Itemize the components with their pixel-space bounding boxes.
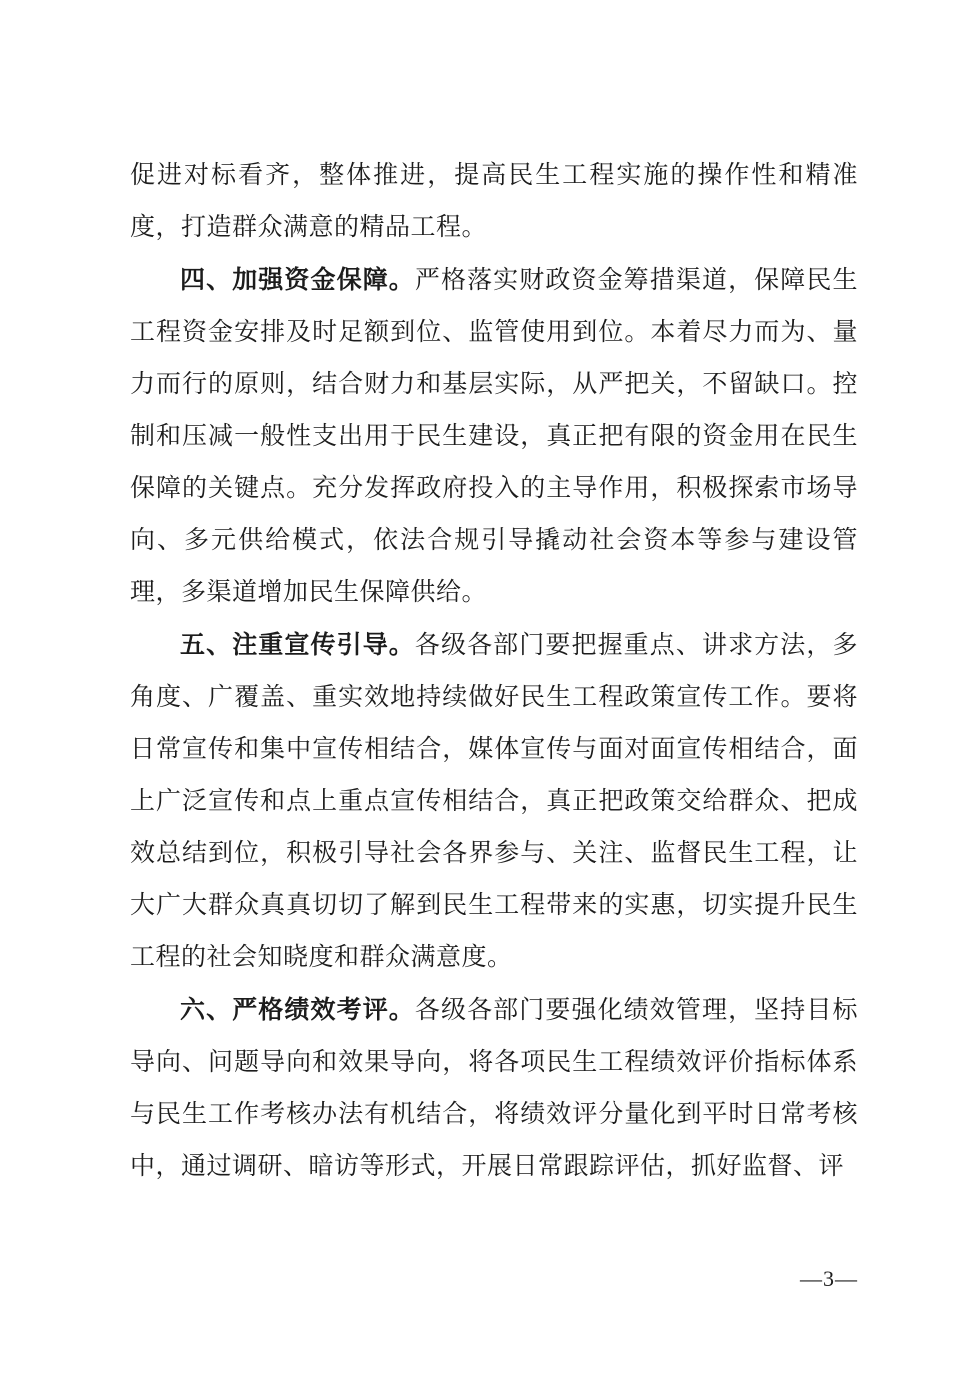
paragraph-section-performance: 六、严格绩效考评。各级各部门要强化绩效管理，坚持目标导向、问题导向和效果导向，将… — [130, 984, 858, 1193]
section-heading-5: 五、注重宣传引导。 — [180, 631, 415, 659]
section-text-5: 各级各部门要把握重点、讲求方法，多角度、广覆盖、重实效地持续做好民生工程政策宣传… — [130, 632, 858, 971]
section-heading-4: 四、加强资金保障。 — [180, 266, 415, 294]
document-body: 促进对标看齐，整体推进，提高民生工程实施的操作性和精准度，打造群众满意的精品工程… — [130, 150, 858, 1193]
section-text-6: 各级各部门要强化绩效管理，坚持目标导向、问题导向和效果导向，将各项民生工程绩效评… — [130, 997, 858, 1180]
page-number: —3— — [800, 1264, 858, 1294]
section-heading-6: 六、严格绩效考评。 — [180, 996, 415, 1024]
document-page: 促进对标看齐，整体推进，提高民生工程实施的操作性和精准度，打造群众满意的精品工程… — [0, 0, 980, 1385]
paragraph-section-funding: 四、加强资金保障。严格落实财政资金筹措渠道，保障民生工程资金安排及时足额到位、监… — [130, 254, 858, 619]
section-text-4: 严格落实财政资金筹措渠道，保障民生工程资金安排及时足额到位、监管使用到位。本着尽… — [130, 267, 858, 606]
paragraph-section-publicity: 五、注重宣传引导。各级各部门要把握重点、讲求方法，多角度、广覆盖、重实效地持续做… — [130, 619, 858, 984]
paragraph-continuation: 促进对标看齐，整体推进，提高民生工程实施的操作性和精准度，打造群众满意的精品工程… — [130, 150, 858, 254]
